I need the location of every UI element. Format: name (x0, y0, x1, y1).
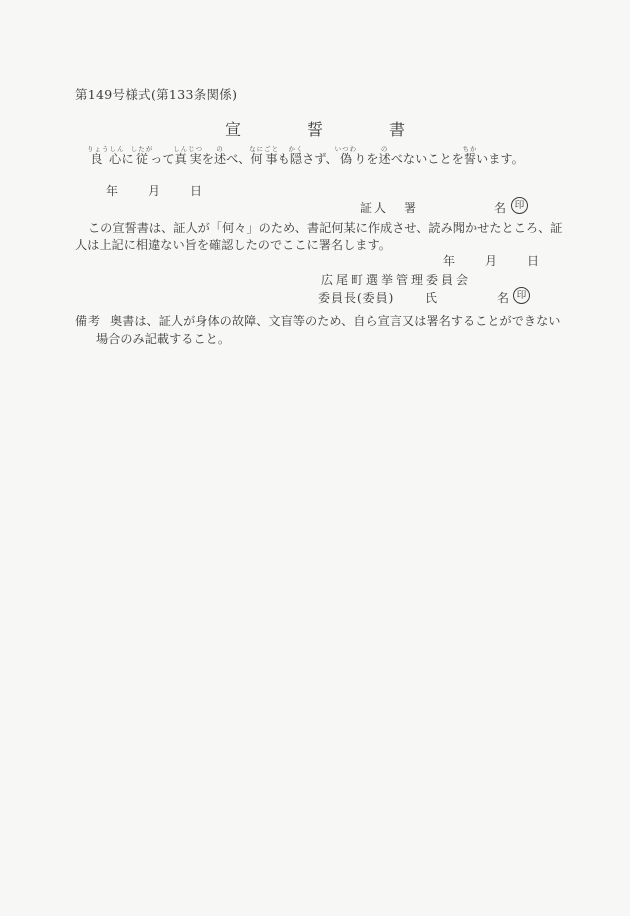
oath-sentence: 良心りょうしんに従したがって真実しんじつを述のべ、何事なにごとも隠かくさず、偽い… (87, 145, 524, 165)
note-label: 備考 (75, 312, 101, 329)
chairman-label: 委員長(委員) (318, 289, 394, 306)
date2-year-label: 年 (443, 252, 455, 269)
witness-seal-icon: 印 (511, 197, 528, 214)
witness-signature-label: 署 (404, 199, 416, 216)
witness-label: 証人 (360, 199, 388, 216)
note-line1: 奥書は、証人が身体の故障、文盲等のため、自ら宣言又は署名することができない (110, 312, 560, 329)
chairman-seal-icon: 印 (513, 287, 530, 304)
attestation-paragraph-line1: この宣誓書は、証人が「何々」のため、書記何某に作成させ、読み聞かせたところ、証 (88, 219, 562, 236)
form-number: 第149号様式(第133条関係) (75, 85, 237, 103)
date1-month-label: 月 (148, 182, 160, 199)
chairman-name-label: 名 (497, 289, 509, 306)
chairman-surname-label: 氏 (425, 289, 437, 306)
date1-day-label: 日 (190, 182, 202, 199)
committee-name: 広尾町選挙管理委員会 (321, 271, 471, 288)
witness-name-label: 名 (494, 199, 506, 216)
attestation-paragraph-line2: 人は上記に相違ない旨を確認したのでここに署名します。 (75, 236, 391, 253)
oath-form-page: 第149号様式(第133条関係) 宣誓書 良心りょうしんに従したがって真実しんじ… (0, 0, 630, 916)
document-title: 宣誓書 (225, 117, 471, 140)
date1-year-label: 年 (106, 182, 118, 199)
note-line2: 場合のみ記載すること。 (96, 330, 230, 347)
date2-day-label: 日 (527, 252, 539, 269)
date2-month-label: 月 (485, 252, 497, 269)
